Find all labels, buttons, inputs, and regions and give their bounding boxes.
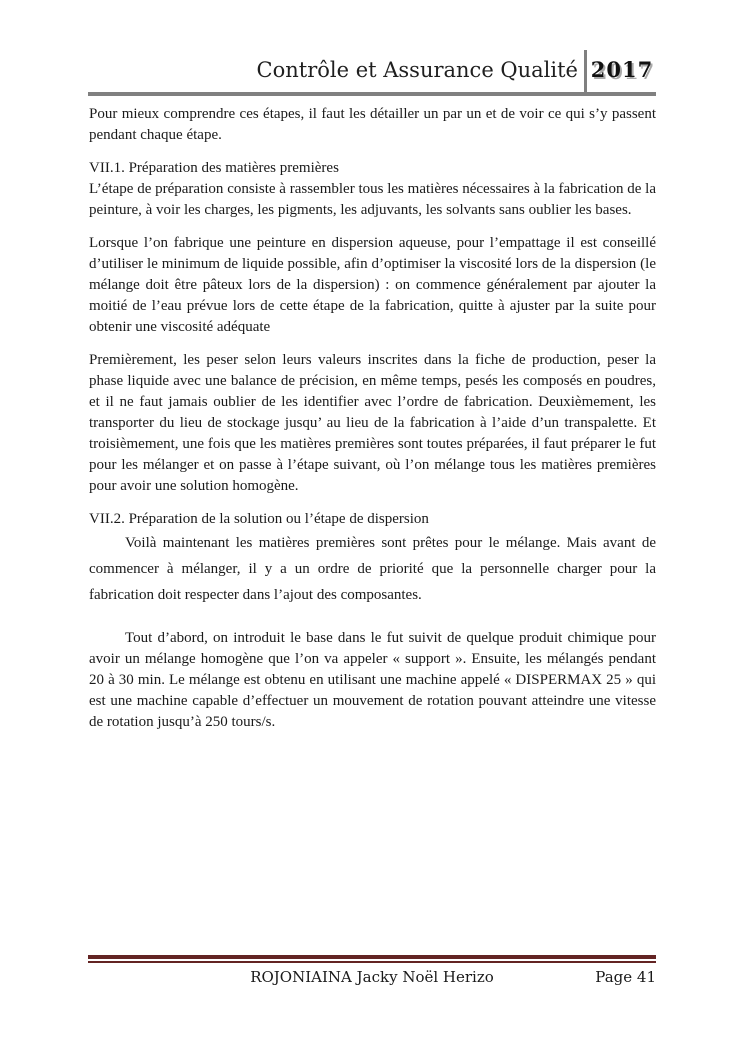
paragraph-dispersion-aqueuse: Lorsque l’on fabrique une peinture en di… [89, 233, 656, 338]
footer-author: ROJONIAINA Jacky Noël Herizo [250, 968, 494, 986]
footer-rule-thin [88, 961, 656, 963]
page-footer: ROJONIAINA Jacky Noël Herizo Page 41 [88, 966, 656, 988]
header-year: 2017 [588, 55, 656, 85]
paragraph-preparation: L’étape de préparation consiste à rassem… [89, 179, 656, 221]
paragraph-voila-maintenant: Voilà maintenant les matières premières … [89, 530, 656, 608]
intro-paragraph: Pour mieux comprendre ces étapes, il fau… [89, 104, 656, 146]
section-heading-vii2: VII.2. Préparation de la solution ou l’é… [89, 509, 656, 530]
header-rule [88, 92, 656, 96]
header-divider-bar [584, 50, 587, 96]
document-body: Pour mieux comprendre ces étapes, il fau… [89, 104, 656, 745]
paragraph-tout-dabord: Tout d’abord, on introduit le base dans … [89, 628, 656, 733]
section-heading-vii1: VII.1. Préparation des matières première… [89, 158, 656, 179]
paragraph-etapes-pesage: Premièrement, les peser selon leurs vale… [89, 350, 656, 497]
header-title: Contrôle et Assurance Qualité [257, 55, 578, 85]
footer-rule [88, 955, 656, 963]
footer-page-number: Page 41 [595, 966, 656, 988]
document-page: Contrôle et Assurance Qualité 2017 Pour … [0, 0, 745, 1053]
